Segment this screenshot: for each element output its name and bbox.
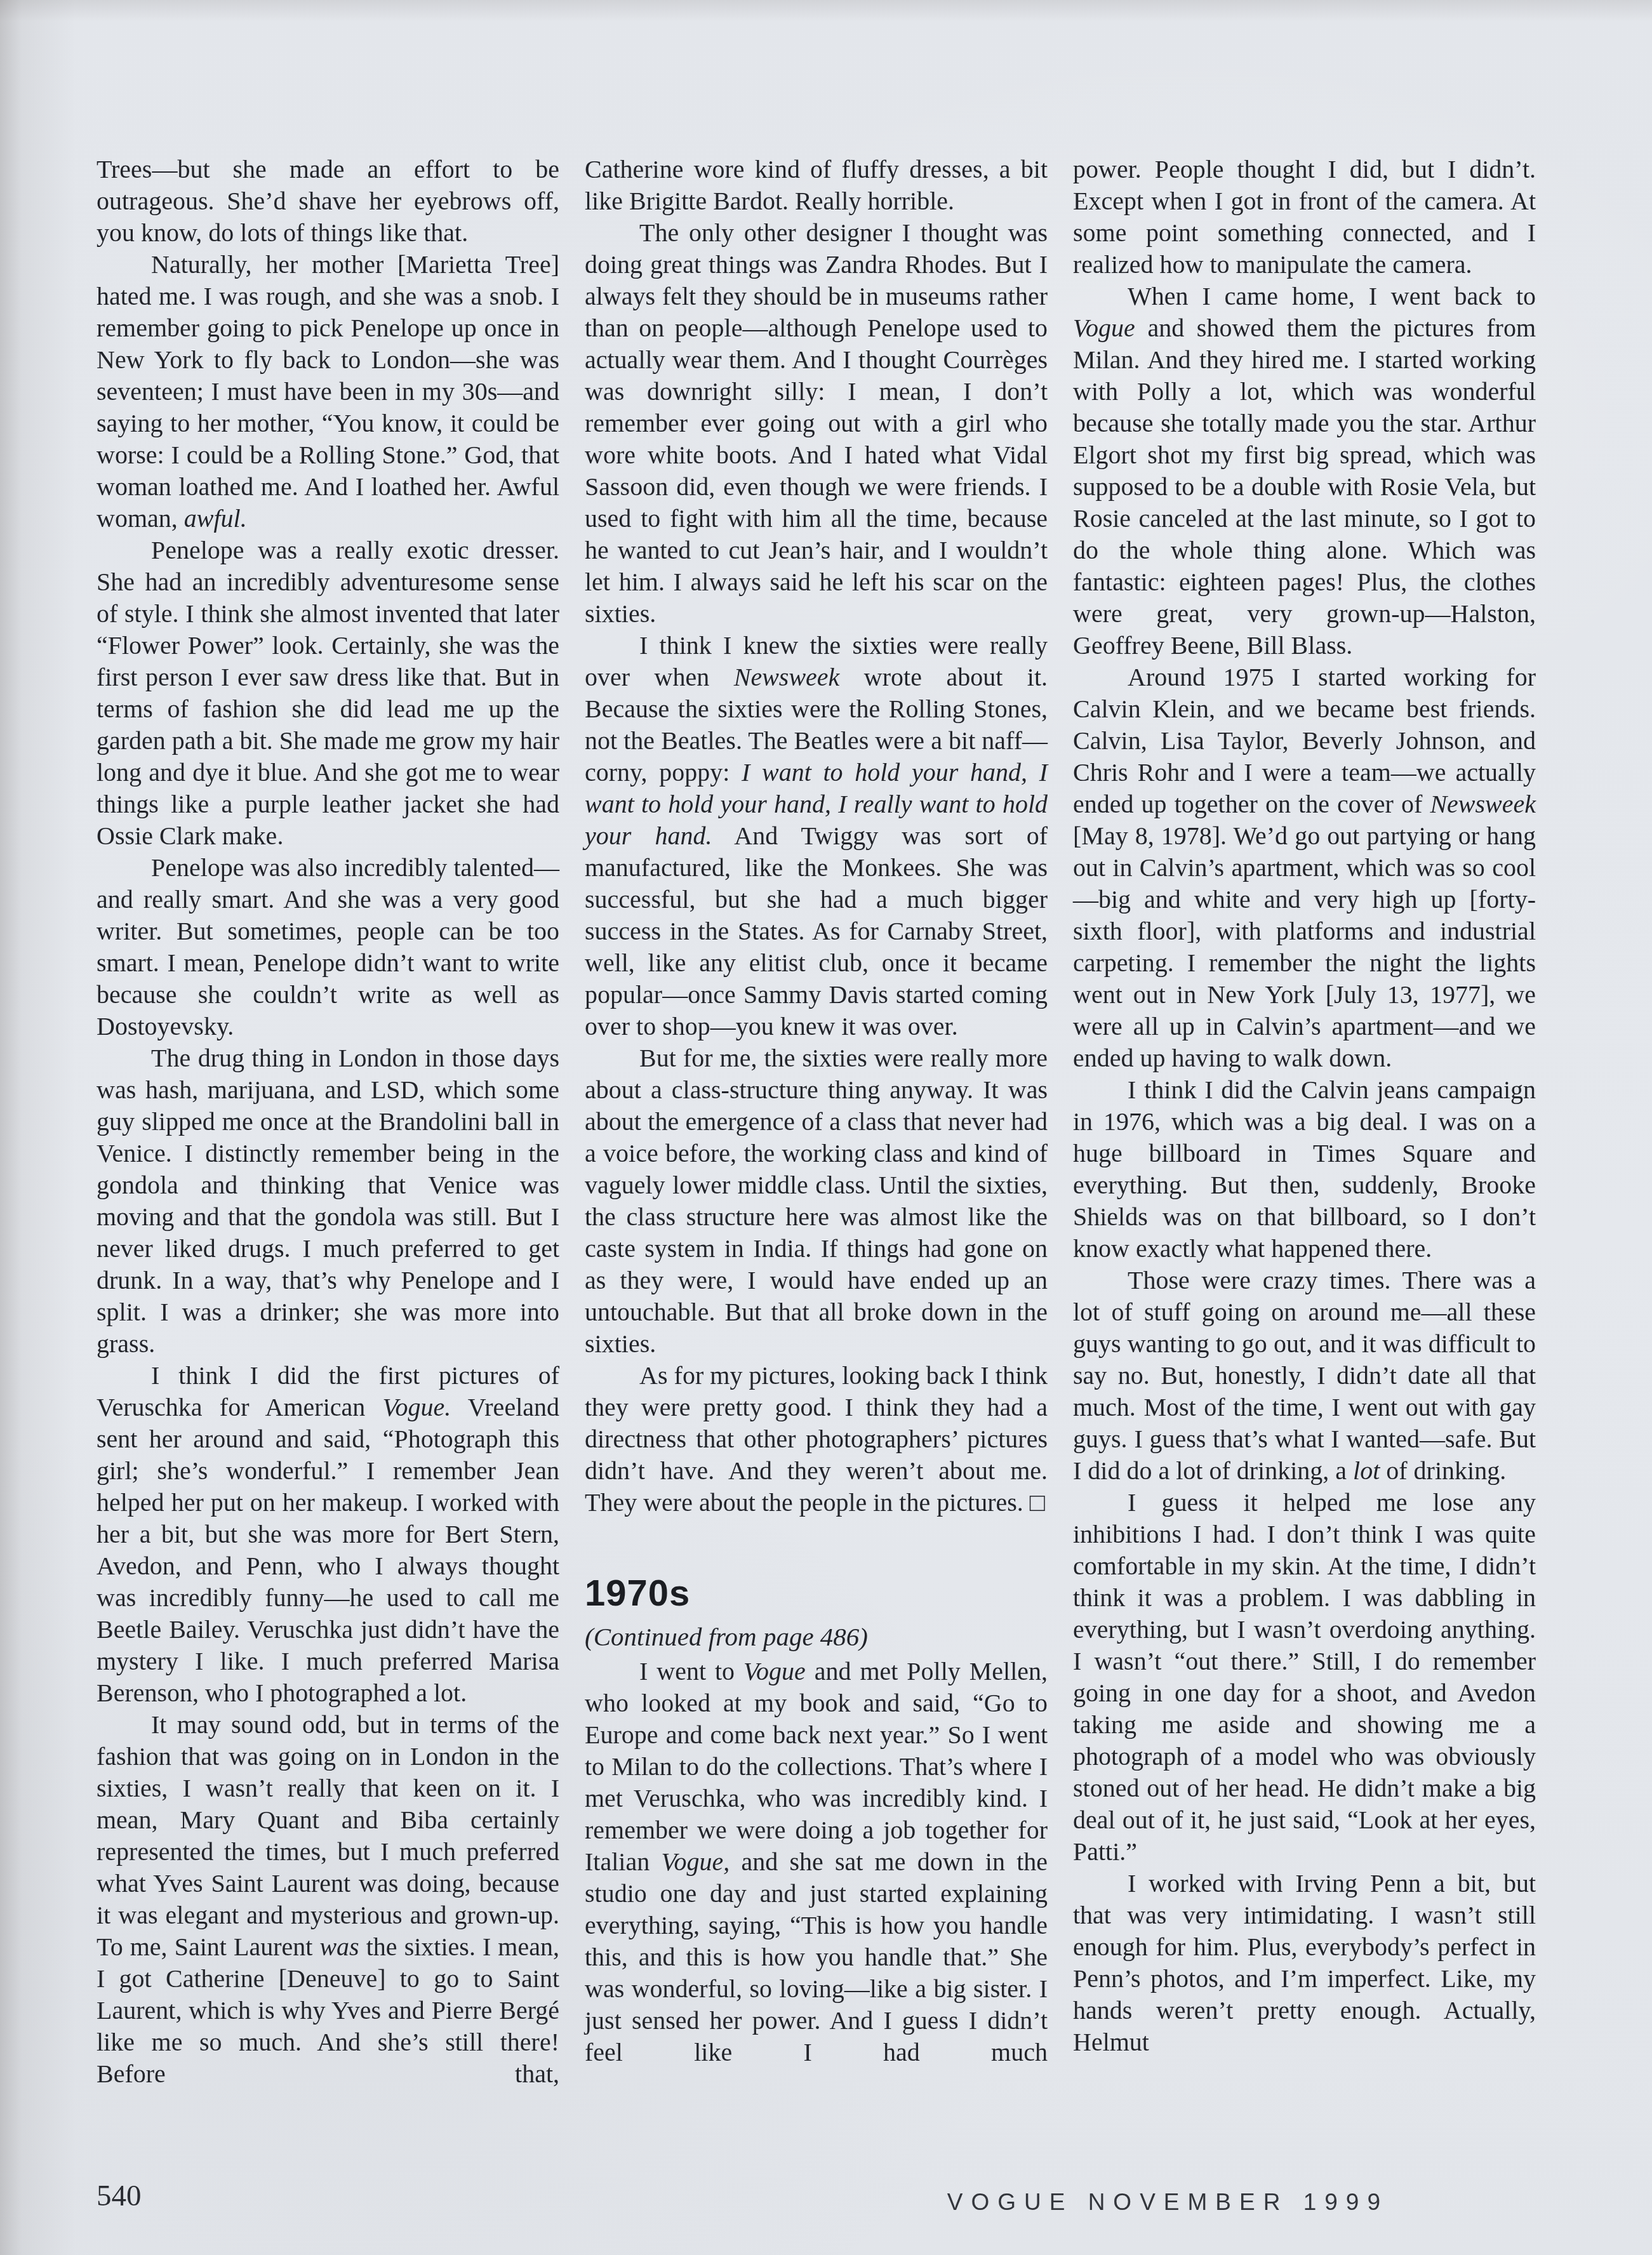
paragraph: Naturally, her mother [Marietta Tree] ha… xyxy=(97,249,559,535)
paragraph: Penelope was a really exotic dresser. Sh… xyxy=(97,535,559,852)
article-body: Trees—but she made an effort to be outra… xyxy=(97,154,1536,2090)
paragraph: I went to Vogue and met Polly Mellen, wh… xyxy=(585,1656,1048,2068)
text-column-2: Catherine wore kind of fluffy dresses, a… xyxy=(585,154,1048,2090)
section-heading-1970s: 1970s xyxy=(585,1574,1048,1613)
paragraph: I think I did the first pictures of Veru… xyxy=(97,1360,559,1709)
paragraph: As for my pictures, looking back I think… xyxy=(585,1360,1048,1519)
paragraph: I guess it helped me lose any inhibition… xyxy=(1073,1487,1536,1868)
paragraph: I think I did the Calvin jeans campaign … xyxy=(1073,1074,1536,1265)
continued-from-note: (Continued from page 486) xyxy=(585,1620,1048,1653)
paragraph: Those were crazy times. There was a lot … xyxy=(1073,1265,1536,1487)
paragraph: Penelope was also incredibly talented—an… xyxy=(97,852,559,1042)
paragraph: When I came home, I went back to Vogue a… xyxy=(1073,281,1536,662)
paragraph: power. People thought I did, but I didn’… xyxy=(1073,154,1536,281)
paragraph: The drug thing in London in those days w… xyxy=(97,1042,559,1360)
paragraph: The only other designer I thought was do… xyxy=(585,217,1048,630)
paragraph: I think I knew the sixties were really o… xyxy=(585,630,1048,1042)
page-number: 540 xyxy=(97,2179,142,2213)
paragraph: Around 1975 I started working for Calvin… xyxy=(1073,662,1536,1074)
paragraph: I worked with Irving Penn a bit, but tha… xyxy=(1073,1868,1536,2058)
text-column-3: power. People thought I did, but I didn’… xyxy=(1073,154,1536,2090)
magazine-page: { "page": { "folio": "540", "footer_righ… xyxy=(0,0,1652,2255)
paragraph: But for me, the sixties were really more… xyxy=(585,1042,1048,1360)
magazine-footer: VOGUE NOVEMBER 1999 xyxy=(947,2189,1389,2216)
text-column-1: Trees—but she made an effort to be outra… xyxy=(97,154,559,2090)
paragraph: It may sound odd, but in terms of the fa… xyxy=(97,1709,559,2090)
paragraph: Trees—but she made an effort to be outra… xyxy=(97,154,559,249)
paragraph: Catherine wore kind of fluffy dresses, a… xyxy=(585,154,1048,217)
